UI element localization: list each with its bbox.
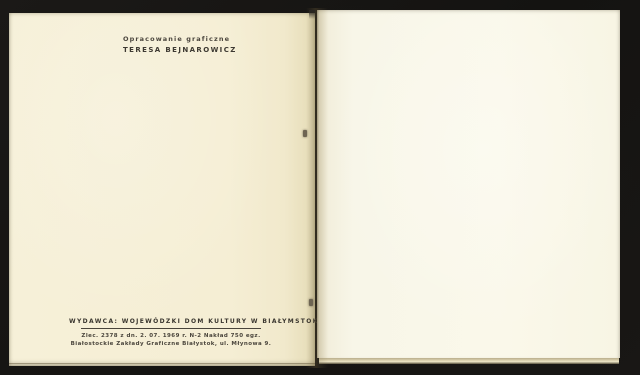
spine-top-notch bbox=[309, 10, 315, 19]
print-order-line: Zlec. 2378 z dn. 2. 07. 1969 r. N-2 Nakł… bbox=[69, 332, 273, 340]
credit-block: Opracowanie graficzne TERESA BEJNAROWICZ bbox=[123, 35, 237, 54]
left-page-bottom-edge bbox=[9, 363, 315, 364]
book-spread-scan: Opracowanie graficzne TERESA BEJNAROWICZ… bbox=[0, 0, 640, 375]
colophon-block: WYDAWCA: WOJEWÓDZKI DOM KULTURY W BIAŁYM… bbox=[69, 318, 273, 348]
left-page: Opracowanie graficzne TERESA BEJNAROWICZ… bbox=[9, 13, 315, 366]
publisher-line: WYDAWCA: WOJEWÓDZKI DOM KULTURY W BIAŁYM… bbox=[69, 318, 273, 325]
colophon-divider bbox=[81, 328, 261, 329]
credit-role-text: Opracowanie graficzne bbox=[123, 35, 237, 43]
spine-staple-bottom bbox=[309, 299, 313, 306]
spine-staple-top bbox=[303, 130, 307, 137]
right-page-stacked-edges bbox=[319, 358, 619, 364]
printer-address-line: Białostockie Zakłady Graficzne Białystok… bbox=[69, 340, 273, 348]
credit-name-text: TERESA BEJNAROWICZ bbox=[123, 46, 237, 54]
right-page-blank bbox=[317, 10, 620, 358]
